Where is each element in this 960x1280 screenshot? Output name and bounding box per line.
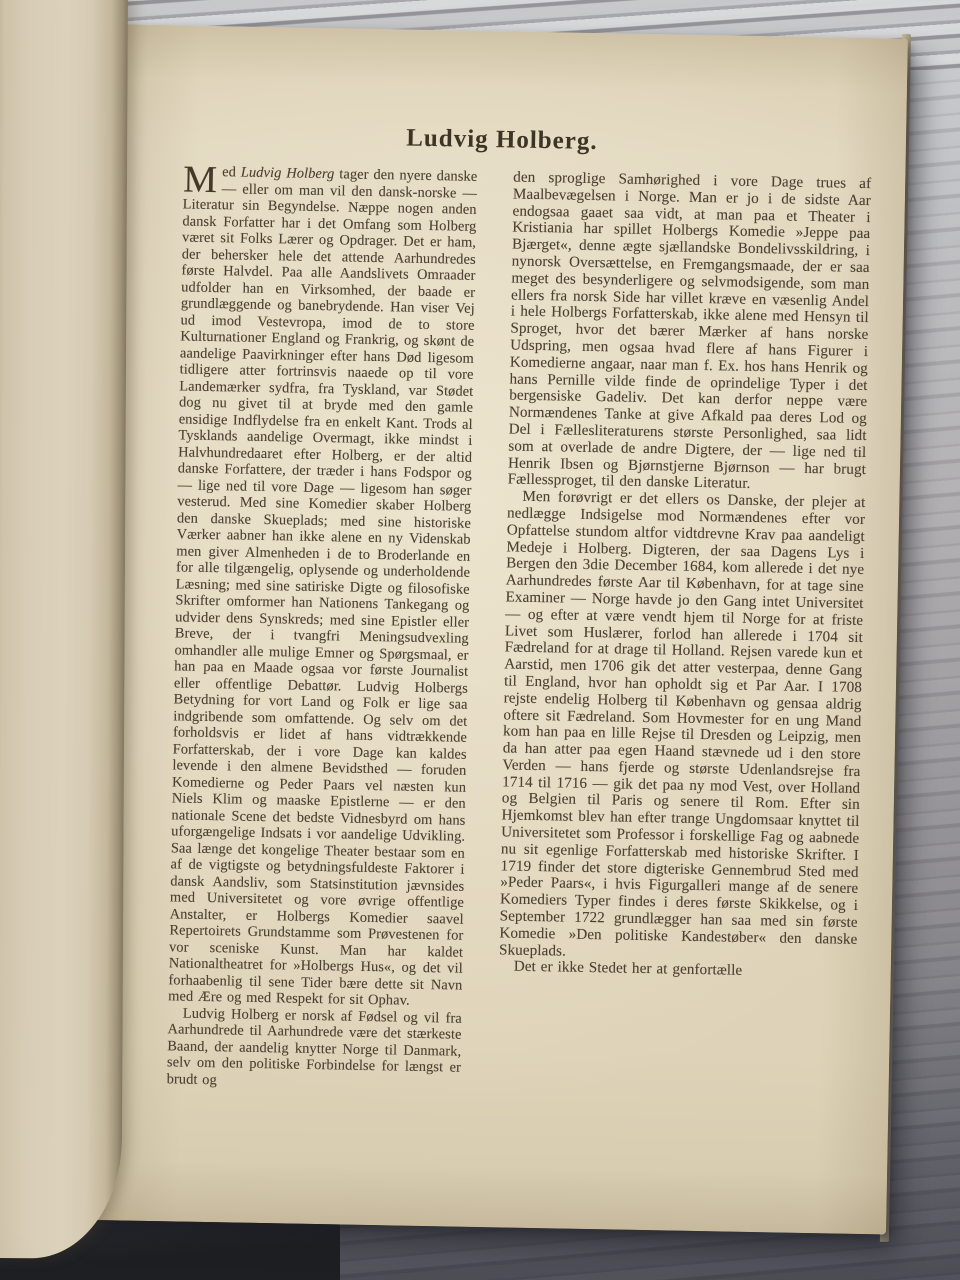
book-photograph: Ludvig Holberg. Med Ludvig Holberg tager…: [0, 0, 960, 1280]
paragraph: Ludvig Holberg er norsk af Fødsel og vil…: [167, 1005, 462, 1093]
right-text-column: den sproglige Samhørighed i vore Dage tr…: [496, 169, 871, 1099]
drop-cap: M: [183, 163, 222, 195]
paragraph: den sproglige Samhørighed i vore Dage tr…: [508, 169, 872, 495]
page-title: Ludvig Holberg.: [170, 25, 836, 161]
facing-page-curl: [0, 0, 128, 1259]
paragraph: Med Ludvig Holberg tager den nyere dansk…: [168, 163, 477, 1010]
book-page: Ludvig Holberg. Med Ludvig Holberg tager…: [84, 24, 908, 1234]
paragraph: Men forøvrigt er det ellers os Danske, d…: [499, 489, 866, 966]
text-columns: Med Ludvig Holberg tager den nyere dansk…: [167, 163, 906, 1100]
left-text-column: Med Ludvig Holberg tager den nyere dansk…: [167, 163, 478, 1092]
